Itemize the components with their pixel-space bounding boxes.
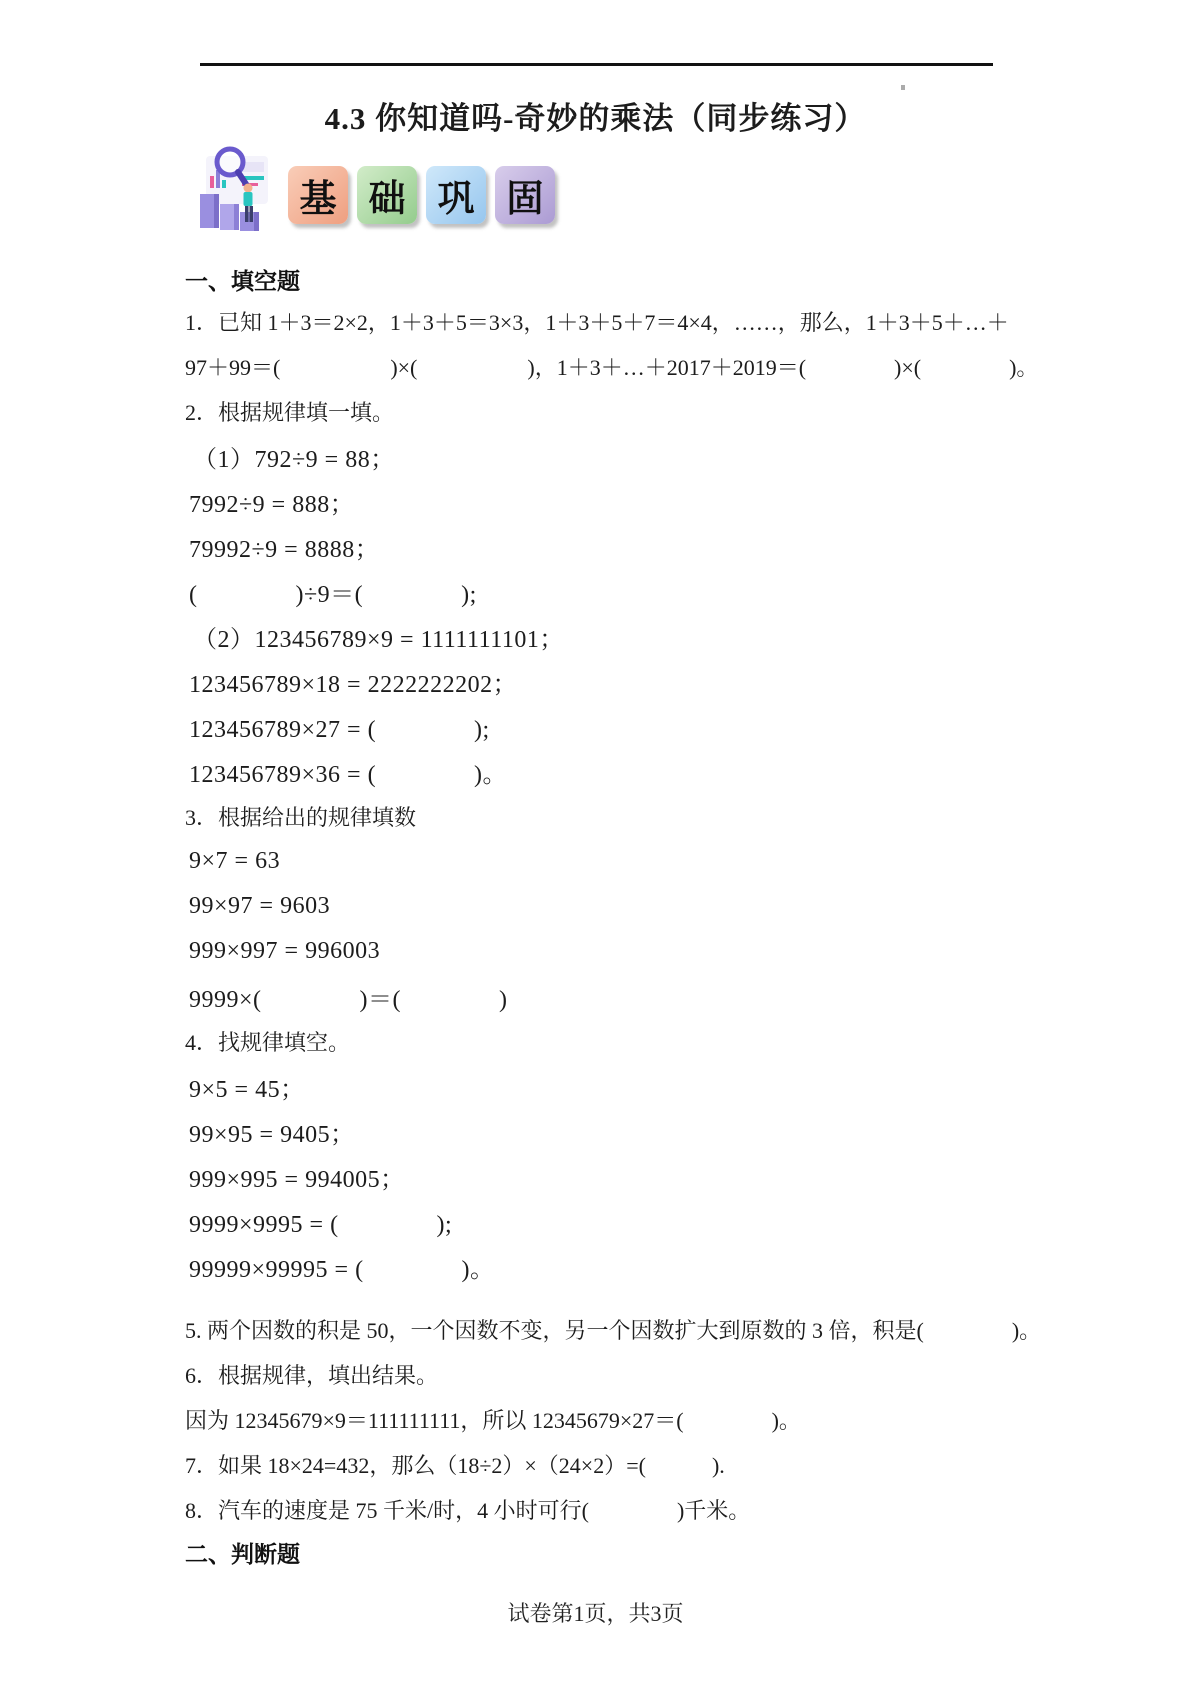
worksheet-line: 6．根据规律，填出结果。 <box>185 1352 1025 1397</box>
worksheet-line: 123456789×18 = 2222222202； <box>185 659 1025 704</box>
worksheet-line: 1．已知 1＋3＝2×2，1＋3＋5＝3×3，1＋3＋5＋7＝4×4，……，那么… <box>185 299 1025 344</box>
worksheet-line: 2．根据规律填一填。 <box>185 389 1025 434</box>
worksheet-line: 5. 两个因数的积是 50，一个因数不变，另一个因数扩大到原数的 3 倍，积是(… <box>185 1307 1025 1352</box>
worksheet-line: 9×7 = 63 <box>185 839 1025 884</box>
page-footer: 试卷第1页，共3页 <box>0 1597 1191 1628</box>
worksheet-line: 99×95 = 9405； <box>185 1109 1025 1154</box>
worksheet-line: （1）792÷9 = 88； <box>185 434 1025 479</box>
stray-mark <box>901 85 905 90</box>
worksheet-line: 999×997 = 996003 <box>185 929 1025 974</box>
section-heading: 二、判断题 <box>185 1532 1025 1572</box>
top-rule <box>200 63 993 66</box>
worksheet-line: 8．汽车的速度是 75 千米/时，4 小时可行( )千米。 <box>185 1487 1025 1532</box>
worksheet-line: 9999×9995 = ( ); <box>185 1199 1025 1244</box>
worksheet-line: 99×97 = 9603 <box>185 884 1025 929</box>
worksheet-line: 97＋99＝( )×( )，1＋3＋…＋2017＋2019＝( )×( )。 <box>185 344 1025 389</box>
worksheet-line: 9999×( )＝( ) <box>185 974 1025 1019</box>
worksheet-line: 3．根据给出的规律填数 <box>185 794 1025 839</box>
badge-tile-2: 巩 <box>426 166 486 224</box>
worksheet-line: 7992÷9 = 888； <box>185 479 1025 524</box>
worksheet-line: 79992÷9 = 8888； <box>185 524 1025 569</box>
worksheet-line: ( )÷9＝( ); <box>185 569 1025 614</box>
badge-tile-3: 固 <box>495 166 555 224</box>
section-badge: 基础巩固 <box>196 142 555 234</box>
badge-tile-1: 础 <box>357 166 417 224</box>
page-title: 4.3 你知道吗-奇妙的乘法（同步练习） <box>0 93 1191 138</box>
worksheet-line: 123456789×36 = ( )。 <box>185 749 1025 794</box>
worksheet-body: 一、填空题1．已知 1＋3＝2×2，1＋3＋5＝3×3，1＋3＋5＋7＝4×4，… <box>185 259 1025 1572</box>
worksheet-page: 4.3 你知道吗-奇妙的乘法（同步练习） <box>0 0 1191 1684</box>
worksheet-line: 99999×99995 = ( )。 <box>185 1244 1025 1289</box>
badge-tiles: 基础巩固 <box>288 166 555 224</box>
worksheet-line: 123456789×27 = ( ); <box>185 704 1025 749</box>
section-heading: 一、填空题 <box>185 259 1025 299</box>
worksheet-line: 9×5 = 45； <box>185 1064 1025 1109</box>
worksheet-line: （2）123456789×9 = 1111111101； <box>185 614 1025 659</box>
worksheet-line: 999×995 = 994005； <box>185 1154 1025 1199</box>
badge-tile-0: 基 <box>288 166 348 224</box>
worksheet-line: 4．找规律填空。 <box>185 1019 1025 1064</box>
worksheet-line: 7．如果 18×24=432，那么（18÷2）×（24×2）=( ). <box>185 1442 1025 1487</box>
worksheet-line: 因为 12345679×9＝111111111，所以 12345679×27＝(… <box>185 1397 1025 1442</box>
magnifier-chart-icon <box>196 142 278 232</box>
